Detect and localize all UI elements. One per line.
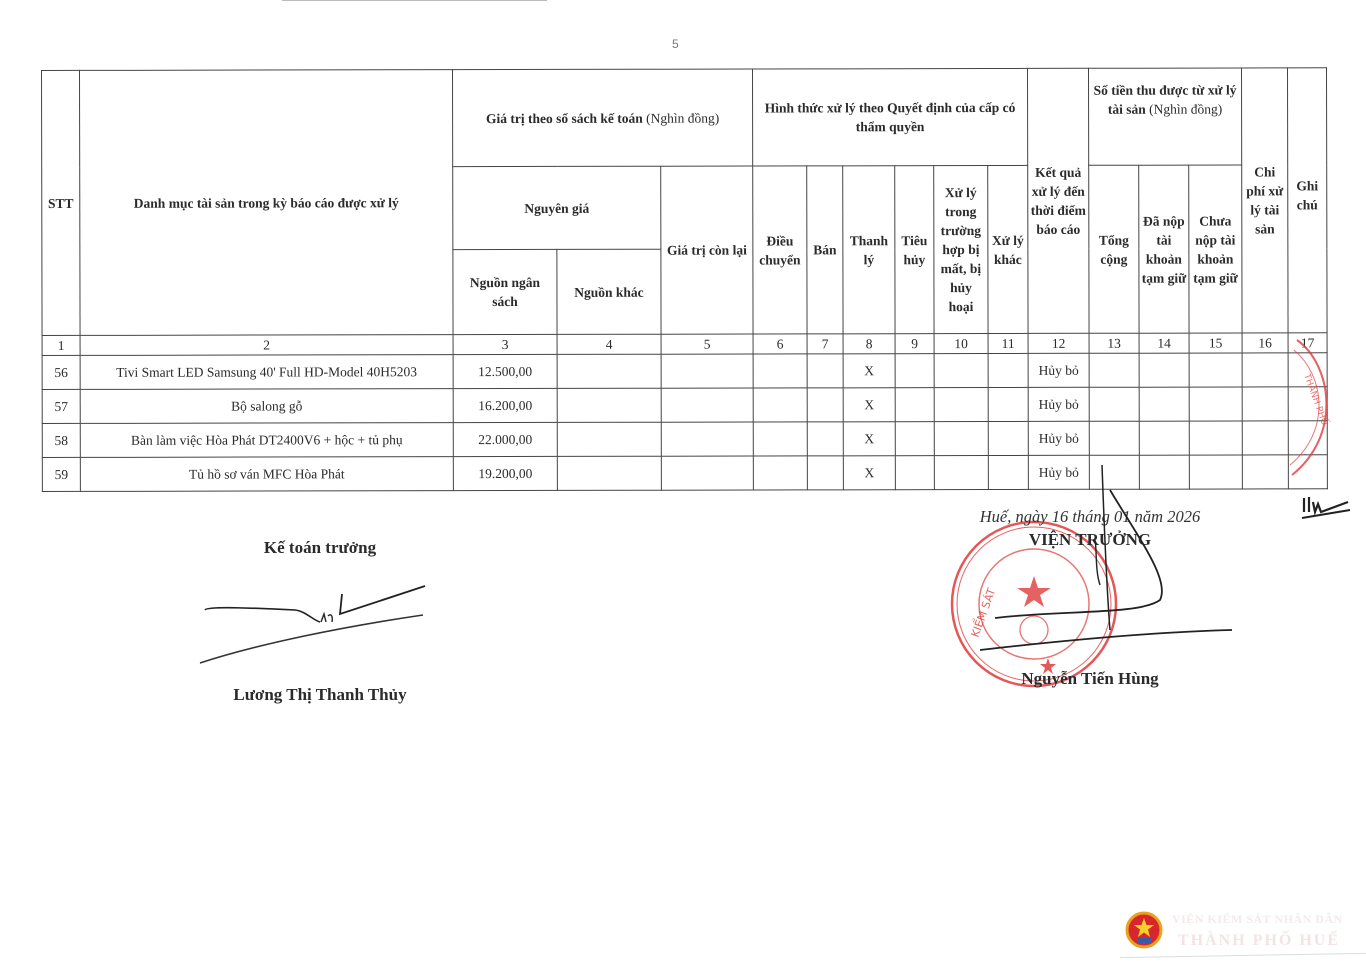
unpaid-temp-account xyxy=(1189,353,1242,387)
director-name: Nguyễn Tiến Hùng xyxy=(955,669,1225,689)
budget-source-value: 19.200,00 xyxy=(453,456,557,490)
handling-result: Hủy bỏ xyxy=(1028,353,1089,387)
header-proceeds-unit: (Nghìn đồng) xyxy=(1149,102,1222,117)
column-number: 13 xyxy=(1089,333,1139,353)
sale-mark xyxy=(807,422,843,456)
proceeds-total xyxy=(1089,387,1139,421)
header-book-value-unit: (Nghìn đồng) xyxy=(646,110,719,125)
national-emblem-icon xyxy=(1124,910,1164,950)
header-result: Kết quả xử lý đến thời điểm báo cáo xyxy=(1027,68,1089,333)
column-number: 14 xyxy=(1139,333,1189,353)
row-stt: 56 xyxy=(42,355,80,389)
loss-handling-mark xyxy=(934,422,988,456)
header-remaining-value: Giá trị còn lại xyxy=(661,166,753,334)
header-other-handling: Xử lý khác xyxy=(988,165,1028,333)
column-number-row: 1234567891011121314151617 xyxy=(42,333,1327,356)
header-handling-cost: Chi phí xử lý tài sản xyxy=(1241,68,1288,333)
header-sale: Bán xyxy=(807,166,843,334)
budget-source-value: 22.000,00 xyxy=(453,422,557,456)
column-number: 7 xyxy=(807,334,843,354)
header-notes: Ghi chú xyxy=(1287,68,1327,333)
header-stt: STT xyxy=(42,70,81,335)
transfer-mark xyxy=(753,354,807,388)
remaining-value xyxy=(661,354,753,388)
header-liquidation: Thanh lý xyxy=(843,166,895,334)
column-number: 8 xyxy=(843,334,895,354)
budget-source-value: 16.200,00 xyxy=(453,388,557,422)
transfer-mark xyxy=(753,388,807,422)
sale-mark xyxy=(807,354,843,388)
destruction-mark xyxy=(895,456,934,490)
header-other-source: Nguồn khác xyxy=(557,249,661,334)
column-number: 1 xyxy=(42,335,80,355)
paid-temp-account xyxy=(1139,353,1189,387)
footer-org-line2: THÀNH PHỐ HUẾ xyxy=(1178,932,1340,950)
column-number: 6 xyxy=(753,334,807,354)
destruction-mark xyxy=(895,422,934,456)
other-source-value xyxy=(557,456,661,490)
other-handling-mark xyxy=(988,353,1028,387)
column-number: 12 xyxy=(1028,333,1089,353)
column-number: 9 xyxy=(895,334,934,354)
chief-accountant-signature xyxy=(195,580,435,670)
scan-edge-line xyxy=(282,0,547,1)
chief-accountant-role: Kế toán trưởng xyxy=(200,538,440,558)
column-number: 3 xyxy=(453,334,557,354)
row-stt: 59 xyxy=(42,457,80,491)
column-number: 11 xyxy=(988,333,1028,353)
paid-temp-account xyxy=(1139,421,1189,455)
loss-handling-mark xyxy=(934,354,988,388)
page-number: 5 xyxy=(672,37,679,51)
sale-mark xyxy=(807,456,843,490)
header-original-cost: Nguyên giá xyxy=(453,166,661,249)
transfer-mark xyxy=(753,422,807,456)
proceeds-total xyxy=(1089,421,1139,455)
liquidation-mark: X xyxy=(843,354,895,388)
header-unpaid-temp-account: Chưa nộp tài khoản tạm giữ xyxy=(1189,165,1242,333)
row-stt: 57 xyxy=(42,389,80,423)
sale-mark xyxy=(807,388,843,422)
footer-divider xyxy=(1120,953,1366,958)
header-proceeds: Số tiền thu được từ xử lý tài sản (Nghìn… xyxy=(1088,68,1241,165)
column-number: 2 xyxy=(80,335,453,356)
header-destruction: Tiêu hủy xyxy=(895,166,934,334)
budget-source-value: 12.500,00 xyxy=(453,354,557,388)
remaining-value xyxy=(661,388,753,422)
page-initials xyxy=(1300,492,1352,522)
remaining-value xyxy=(661,456,753,490)
header-loss-handling: Xử lý trong trường hợp bị mất, bị hủy ho… xyxy=(934,166,988,334)
asset-name: Tủ hồ sơ ván MFC Hòa Phát xyxy=(80,457,453,492)
asset-name: Bàn làm việc Hòa Phát DT2400V6 + hộc + t… xyxy=(80,423,453,458)
header-book-value-label: Giá trị theo sổ sách kế toán xyxy=(486,110,643,125)
liquidation-mark: X xyxy=(843,456,895,490)
asset-name: Bộ salong gỗ xyxy=(80,389,453,424)
transfer-mark xyxy=(753,456,807,490)
handling-result: Hủy bỏ xyxy=(1028,387,1089,421)
asset-disposal-table: STT Danh mục tài sản trong kỳ báo cáo đư… xyxy=(41,67,1328,492)
column-number: 5 xyxy=(661,334,753,354)
destruction-mark xyxy=(895,354,934,388)
footer-org-line1: VIỆN KIỂM SÁT NHÂN DÂN xyxy=(1172,912,1343,927)
edge-stamp: THÀNH PHỐ xyxy=(1282,335,1342,485)
remaining-value xyxy=(661,422,753,456)
liquidation-mark: X xyxy=(843,422,895,456)
loss-handling-mark xyxy=(934,388,988,422)
liquidation-mark: X xyxy=(843,388,895,422)
column-number: 10 xyxy=(934,334,988,354)
column-number: 15 xyxy=(1189,333,1242,353)
asset-name: Tivi Smart LED Samsung 40' Full HD-Model… xyxy=(80,355,453,390)
destruction-mark xyxy=(895,388,934,422)
unpaid-temp-account xyxy=(1189,421,1242,455)
header-paid-temp-account: Đã nộp tài khoản tạm giữ xyxy=(1139,165,1189,333)
header-book-value: Giá trị theo sổ sách kế toán (Nghìn đồng… xyxy=(453,69,753,167)
other-source-value xyxy=(557,422,661,456)
unpaid-temp-account xyxy=(1189,387,1242,421)
table-row: 56Tivi Smart LED Samsung 40' Full HD-Mod… xyxy=(42,353,1327,390)
row-stt: 58 xyxy=(42,423,80,457)
header-handling-form: Hình thức xử lý theo Quyết định của cấp … xyxy=(752,68,1027,166)
other-handling-mark xyxy=(988,421,1028,455)
table-row: 57Bộ salong gỗ16.200,00XHủy bỏ xyxy=(42,387,1327,424)
other-handling-mark xyxy=(988,387,1028,421)
proceeds-total xyxy=(1089,353,1139,387)
other-source-value xyxy=(557,354,661,388)
handling-result: Hủy bỏ xyxy=(1028,421,1089,455)
header-budget-source: Nguồn ngân sách xyxy=(453,249,557,334)
header-total: Tổng cộng xyxy=(1089,165,1139,333)
column-number: 4 xyxy=(557,334,661,354)
paid-temp-account xyxy=(1139,387,1189,421)
other-source-value xyxy=(557,388,661,422)
chief-accountant-name: Lương Thị Thanh Thủy xyxy=(200,685,440,705)
header-asset-list: Danh mục tài sản trong kỳ báo cáo được x… xyxy=(80,70,454,336)
header-transfer: Điều chuyển xyxy=(753,166,807,334)
director-signature xyxy=(970,460,1240,660)
table-row: 58Bàn làm việc Hòa Phát DT2400V6 + hộc +… xyxy=(42,421,1327,458)
